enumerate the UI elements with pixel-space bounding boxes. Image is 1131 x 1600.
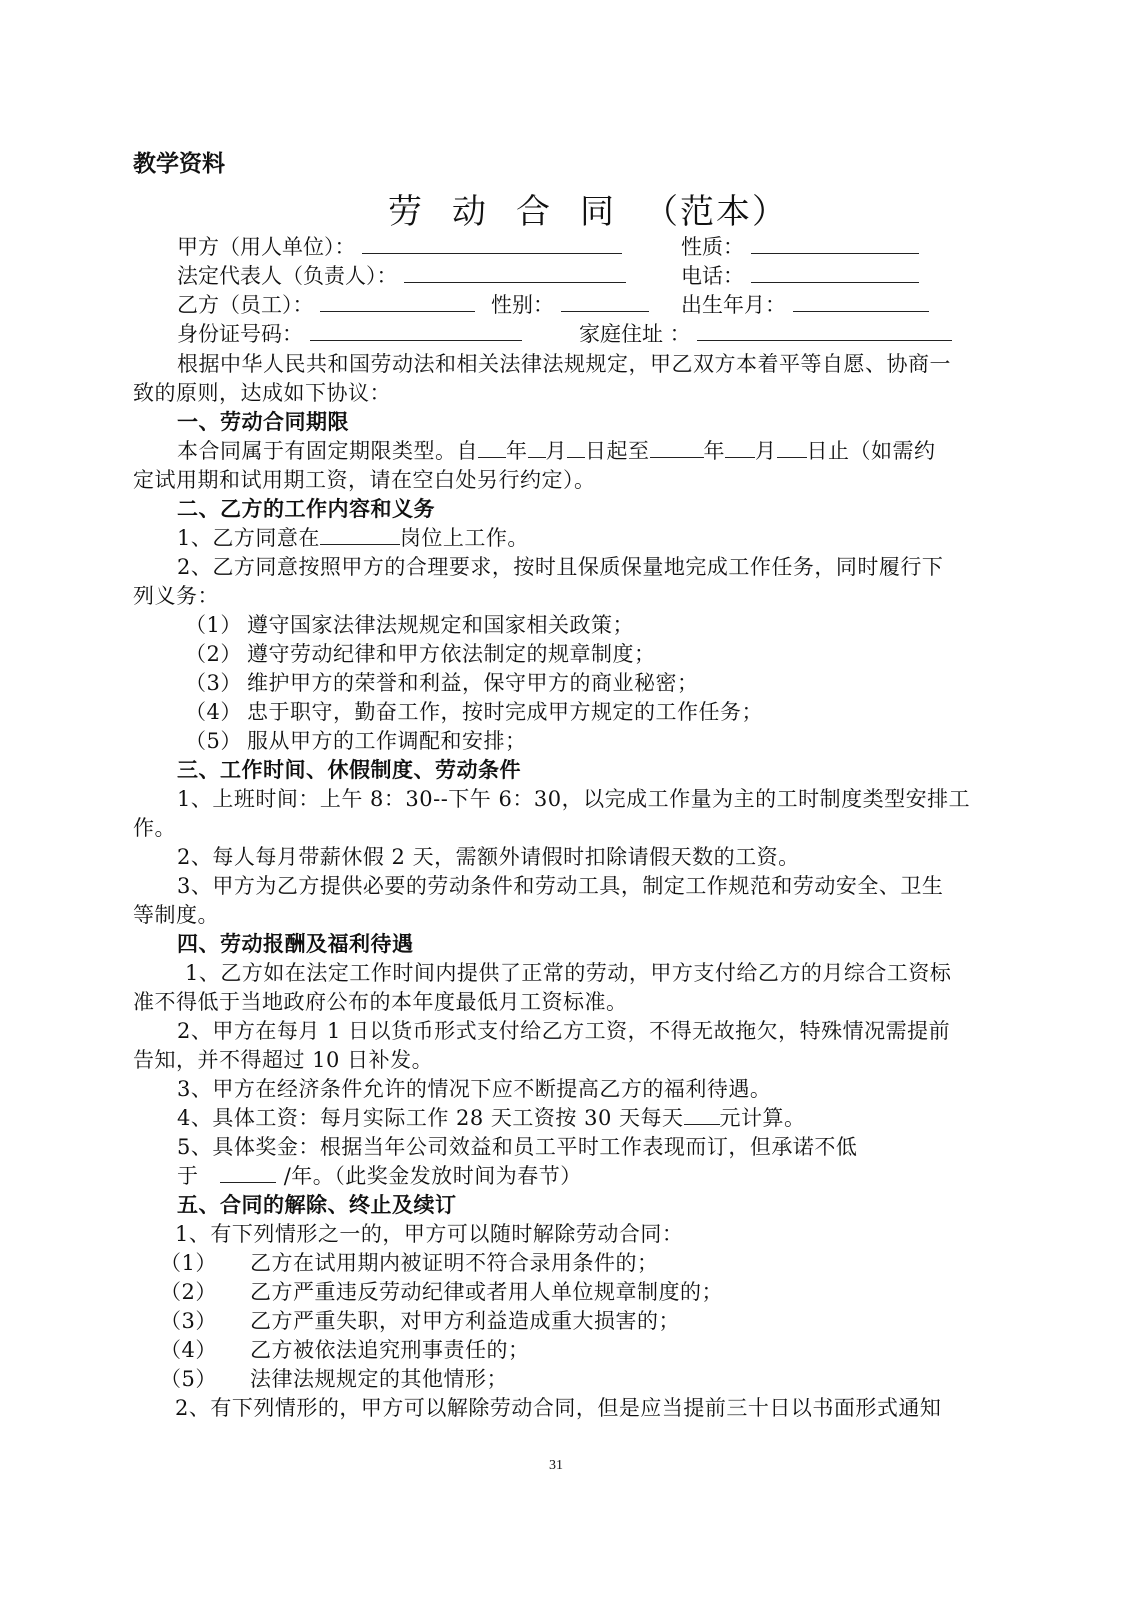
position-text: 岗位上工作。 — [400, 526, 529, 550]
duty-item: （4）忠于职守，勤奋工作，按时完成甲方规定的工作任务； — [185, 698, 763, 726]
address-blank[interactable] — [697, 320, 952, 341]
birth-blank[interactable] — [793, 291, 929, 312]
address-field: 家庭住址 ： — [579, 320, 952, 348]
term-text: 月 — [755, 439, 777, 463]
title-suffix: （范本） — [644, 192, 788, 232]
id-number-label: 身份证号码： — [177, 322, 303, 346]
bonus-line: 5、具体奖金：根据当年公司效益和员工平时工作表现而订，但承诺不低 — [177, 1133, 857, 1161]
duty-item: （2）遵守劳动纪律和甲方依法制定的规章制度； — [185, 640, 656, 668]
address-label: 家庭住址 ： — [579, 322, 691, 346]
title-char: 劳 — [388, 190, 424, 234]
gender-label: 性别： — [491, 293, 554, 317]
start-year-blank[interactable] — [478, 437, 506, 458]
section-heading: 四、劳动报酬及福利待遇 — [177, 930, 414, 958]
body-line: 2、甲方在每月 1 日以货币形式支付给乙方工资，不得无故拖欠，特殊情况需提前 — [177, 1017, 950, 1045]
case-item: （4）乙方被依法追究刑事责任的； — [160, 1336, 530, 1364]
phone-field: 电话： — [681, 262, 919, 290]
document-page: 教学资料 劳动合同（范本） 甲方（用人单位）： 性质： 法定代表人（负责人）： … — [0, 0, 1131, 1600]
duty-item: （3）维护甲方的荣誉和利益，保守甲方的商业秘密； — [185, 669, 699, 697]
gender-field: 性别： — [491, 291, 649, 319]
birth-label: 出生年月： — [681, 293, 786, 317]
body-line: 3、甲方为乙方提供必要的劳动条件和劳动工具，制定工作规范和劳动安全、卫生 — [177, 872, 943, 900]
employee-field: 乙方（员工）： — [177, 291, 475, 319]
preamble-line: 致的原则，达成如下协议： — [133, 379, 391, 407]
bonus-amount-blank[interactable] — [220, 1162, 276, 1183]
body-line: 2、每人每月带薪休假 2 天，需额外请假时扣除请假天数的工资。 — [177, 843, 800, 871]
position-text: 1、乙方同意在 — [177, 526, 320, 550]
salary-text: 4、具体工资：每月实际工作 28 天工资按 30 天每天 — [177, 1106, 684, 1130]
nature-label: 性质： — [681, 235, 744, 259]
birth-field: 出生年月： — [681, 291, 929, 319]
body-line: 1、有下列情形之一的，甲方可以随时解除劳动合同： — [175, 1220, 683, 1248]
title-char: 动 — [452, 190, 488, 234]
header-label: 教学资料 — [133, 145, 225, 178]
id-number-blank[interactable] — [310, 320, 522, 341]
term-text: 本合同属于有固定期限类型。自 — [177, 439, 478, 463]
body-line: 作。 — [133, 814, 176, 842]
body-line: 1、乙方如在法定工作时间内提供了正常的劳动，甲方支付给乙方的月综合工资标 — [185, 959, 951, 987]
legal-rep-label: 法定代表人（负责人）： — [177, 264, 398, 288]
term-text: 月 — [546, 439, 568, 463]
title-char: 同 — [580, 190, 616, 234]
end-day-blank[interactable] — [777, 437, 807, 458]
employer-label: 甲方（用人单位）： — [177, 235, 356, 259]
term-line: 定试用期和试用期工资，请在空白处另行约定）。 — [133, 466, 596, 494]
preamble-line: 根据中华人民共和国劳动法和相关法律法规规定，甲乙双方本着平等自愿、协商一 — [177, 350, 951, 378]
body-line: 等制度。 — [133, 901, 219, 929]
term-text: 年 — [506, 439, 528, 463]
position-blank[interactable] — [320, 524, 400, 545]
nature-field: 性质： — [681, 233, 919, 261]
term-text: 日止（如需约 — [807, 439, 936, 463]
page-number: 31 — [549, 1458, 563, 1474]
duty-intro-line: 列义务： — [133, 582, 219, 610]
end-month-blank[interactable] — [725, 437, 755, 458]
case-item: （3）乙方严重失职，对甲方利益造成重大损害的； — [160, 1307, 680, 1335]
case-item: （2）乙方严重违反劳动纪律或者用人单位规章制度的； — [160, 1278, 723, 1306]
section-heading: 二、乙方的工作内容和义务 — [177, 495, 435, 523]
bonus-text: 于 — [177, 1164, 199, 1188]
phone-blank[interactable] — [751, 262, 919, 283]
body-line: 3、甲方在经济条件允许的情况下应不断提高乙方的福利待遇。 — [177, 1075, 771, 1103]
nature-blank[interactable] — [751, 233, 919, 254]
title-char: 合 — [516, 190, 552, 234]
term-line: 本合同属于有固定期限类型。自年月日起至年月日止（如需约 — [177, 437, 936, 465]
body-line: 2、有下列情形的，甲方可以解除劳动合同，但是应当提前三十日以书面形式通知 — [175, 1394, 941, 1422]
employee-label: 乙方（员工）： — [177, 293, 314, 317]
end-year-blank[interactable] — [650, 437, 704, 458]
section-heading: 一、劳动合同期限 — [177, 408, 349, 436]
duty-item: （1）遵守国家法律法规规定和国家相关政策； — [185, 611, 634, 639]
gender-blank[interactable] — [561, 291, 649, 312]
legal-rep-blank[interactable] — [404, 262, 626, 283]
bonus-text: /年。（此奖金发放时间为春节） — [284, 1164, 582, 1188]
case-item: （5）法律法规规定的其他情形； — [160, 1365, 508, 1393]
term-text: 年 — [704, 439, 726, 463]
section-heading: 五、合同的解除、终止及续订 — [177, 1191, 457, 1219]
employee-blank[interactable] — [320, 291, 475, 312]
employer-blank[interactable] — [362, 233, 622, 254]
start-day-blank[interactable] — [567, 437, 585, 458]
position-line: 1、乙方同意在岗位上工作。 — [177, 524, 529, 552]
duty-intro-line: 2、乙方同意按照甲方的合理要求，按时且保质保量地完成工作任务，同时履行下 — [177, 553, 943, 581]
salary-text: 元计算。 — [720, 1106, 806, 1130]
bonus-line: 于 /年。（此奖金发放时间为春节） — [177, 1162, 582, 1190]
contract-title: 劳动合同（范本） — [388, 190, 788, 234]
body-line: 告知，并不得超过 10 日补发。 — [133, 1046, 433, 1074]
body-line: 1、上班时间：上午 8：30--下午 6：30，以完成工作量为主的工时制度类型安… — [177, 785, 970, 813]
legal-rep-field: 法定代表人（负责人）： — [177, 262, 626, 290]
case-item: （1）乙方在试用期内被证明不符合录用条件的； — [160, 1249, 659, 1277]
daily-wage-blank[interactable] — [684, 1104, 720, 1125]
term-text: 日起至 — [585, 439, 650, 463]
start-month-blank[interactable] — [528, 437, 546, 458]
id-number-field: 身份证号码： — [177, 320, 522, 348]
employer-field: 甲方（用人单位）： — [177, 233, 622, 261]
body-line: 准不得低于当地政府公布的本年度最低月工资标准。 — [133, 988, 628, 1016]
phone-label: 电话： — [681, 264, 744, 288]
section-heading: 三、工作时间、休假制度、劳动条件 — [177, 756, 521, 784]
duty-item: （5）服从甲方的工作调配和安排； — [185, 727, 527, 755]
salary-line: 4、具体工资：每月实际工作 28 天工资按 30 天每天元计算。 — [177, 1104, 806, 1132]
